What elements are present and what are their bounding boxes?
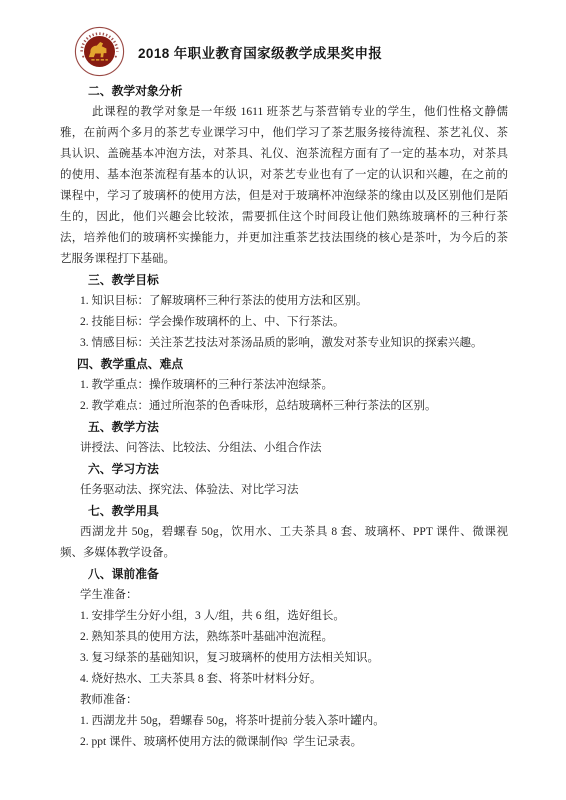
section-heading-learning-methods: 六、学习方法 (60, 459, 508, 480)
student-prep-item: 1. 安排学生分好小组，3 人/组，共 6 组，选好组长。 (60, 606, 508, 627)
section-heading-teaching-goals: 三、教学目标 (60, 270, 508, 291)
student-prep-item: 3. 复习绿茶的基础知识，复习玻璃杯的使用方法相关知识。 (60, 648, 508, 669)
student-prep-item: 2. 熟知茶具的使用方法，熟练茶叶基础冲泡流程。 (60, 627, 508, 648)
difficult-point-item: 2. 教学难点：通过所泡茶的色香味形，总结玻璃杯三种行茶法的区别。 (60, 396, 508, 417)
section-heading-class-preparation: 八、课前准备 (60, 564, 508, 585)
goal-item-skill: 2. 技能目标：学会操作玻璃杯的上、中、下行茶法。 (60, 312, 508, 333)
document-title: 2018 年职业教育国家级教学成果奖申报 (138, 42, 382, 62)
section-heading-teaching-object: 二、教学对象分析 (60, 81, 508, 102)
section-heading-teaching-tools: 七、教学用具 (60, 501, 508, 522)
student-prep-item: 4. 烧好热水、工夫茶具 8 套、将茶叶材料分好。 (60, 669, 508, 690)
school-seal-icon (74, 26, 125, 77)
document-body: 二、教学对象分析 此课程的教学对象是一年级 1611 班茶艺与茶营销专业的学生，… (60, 81, 508, 753)
section-heading-key-points: 四、教学重点、难点 (60, 354, 508, 375)
page-number: 33 (0, 736, 566, 746)
teacher-prep-item: 1. 西湖龙井 50g，碧螺春 50g，将茶叶提前分装入茶叶罐内。 (60, 711, 508, 732)
teaching-tools-paragraph: 西湖龙井 50g，碧螺春 50g，饮用水、工夫茶具 8 套、玻璃杯、PPT 课件… (60, 522, 508, 564)
key-point-item: 1. 教学重点：操作玻璃杯的三种行茶法冲泡绿茶。 (60, 375, 508, 396)
goal-item-emotion: 3. 情感目标：关注茶艺技法对茶汤品质的影响，激发对茶专业知识的探索兴趣。 (60, 333, 508, 354)
page-header: 2018 年职业教育国家级教学成果奖申报 (74, 26, 382, 77)
goal-item-knowledge: 1. 知识目标：了解玻璃杯三种行茶法的使用方法和区别。 (60, 291, 508, 312)
teaching-methods-text: 讲授法、问答法、比较法、分组法、小组合作法 (60, 438, 508, 459)
learning-methods-text: 任务驱动法、探究法、体验法、对比学习法 (60, 480, 508, 501)
document-page: 2018 年职业教育国家级教学成果奖申报 二、教学对象分析 此课程的教学对象是一… (0, 0, 566, 800)
teaching-object-paragraph: 此课程的教学对象是一年级 1611 班茶艺与茶营销专业的学生，他们性格文静儒雅，… (60, 102, 508, 270)
section-heading-teaching-methods: 五、教学方法 (60, 417, 508, 438)
teacher-preparation-label: 教师准备： (60, 690, 508, 711)
student-preparation-label: 学生准备： (60, 585, 508, 606)
